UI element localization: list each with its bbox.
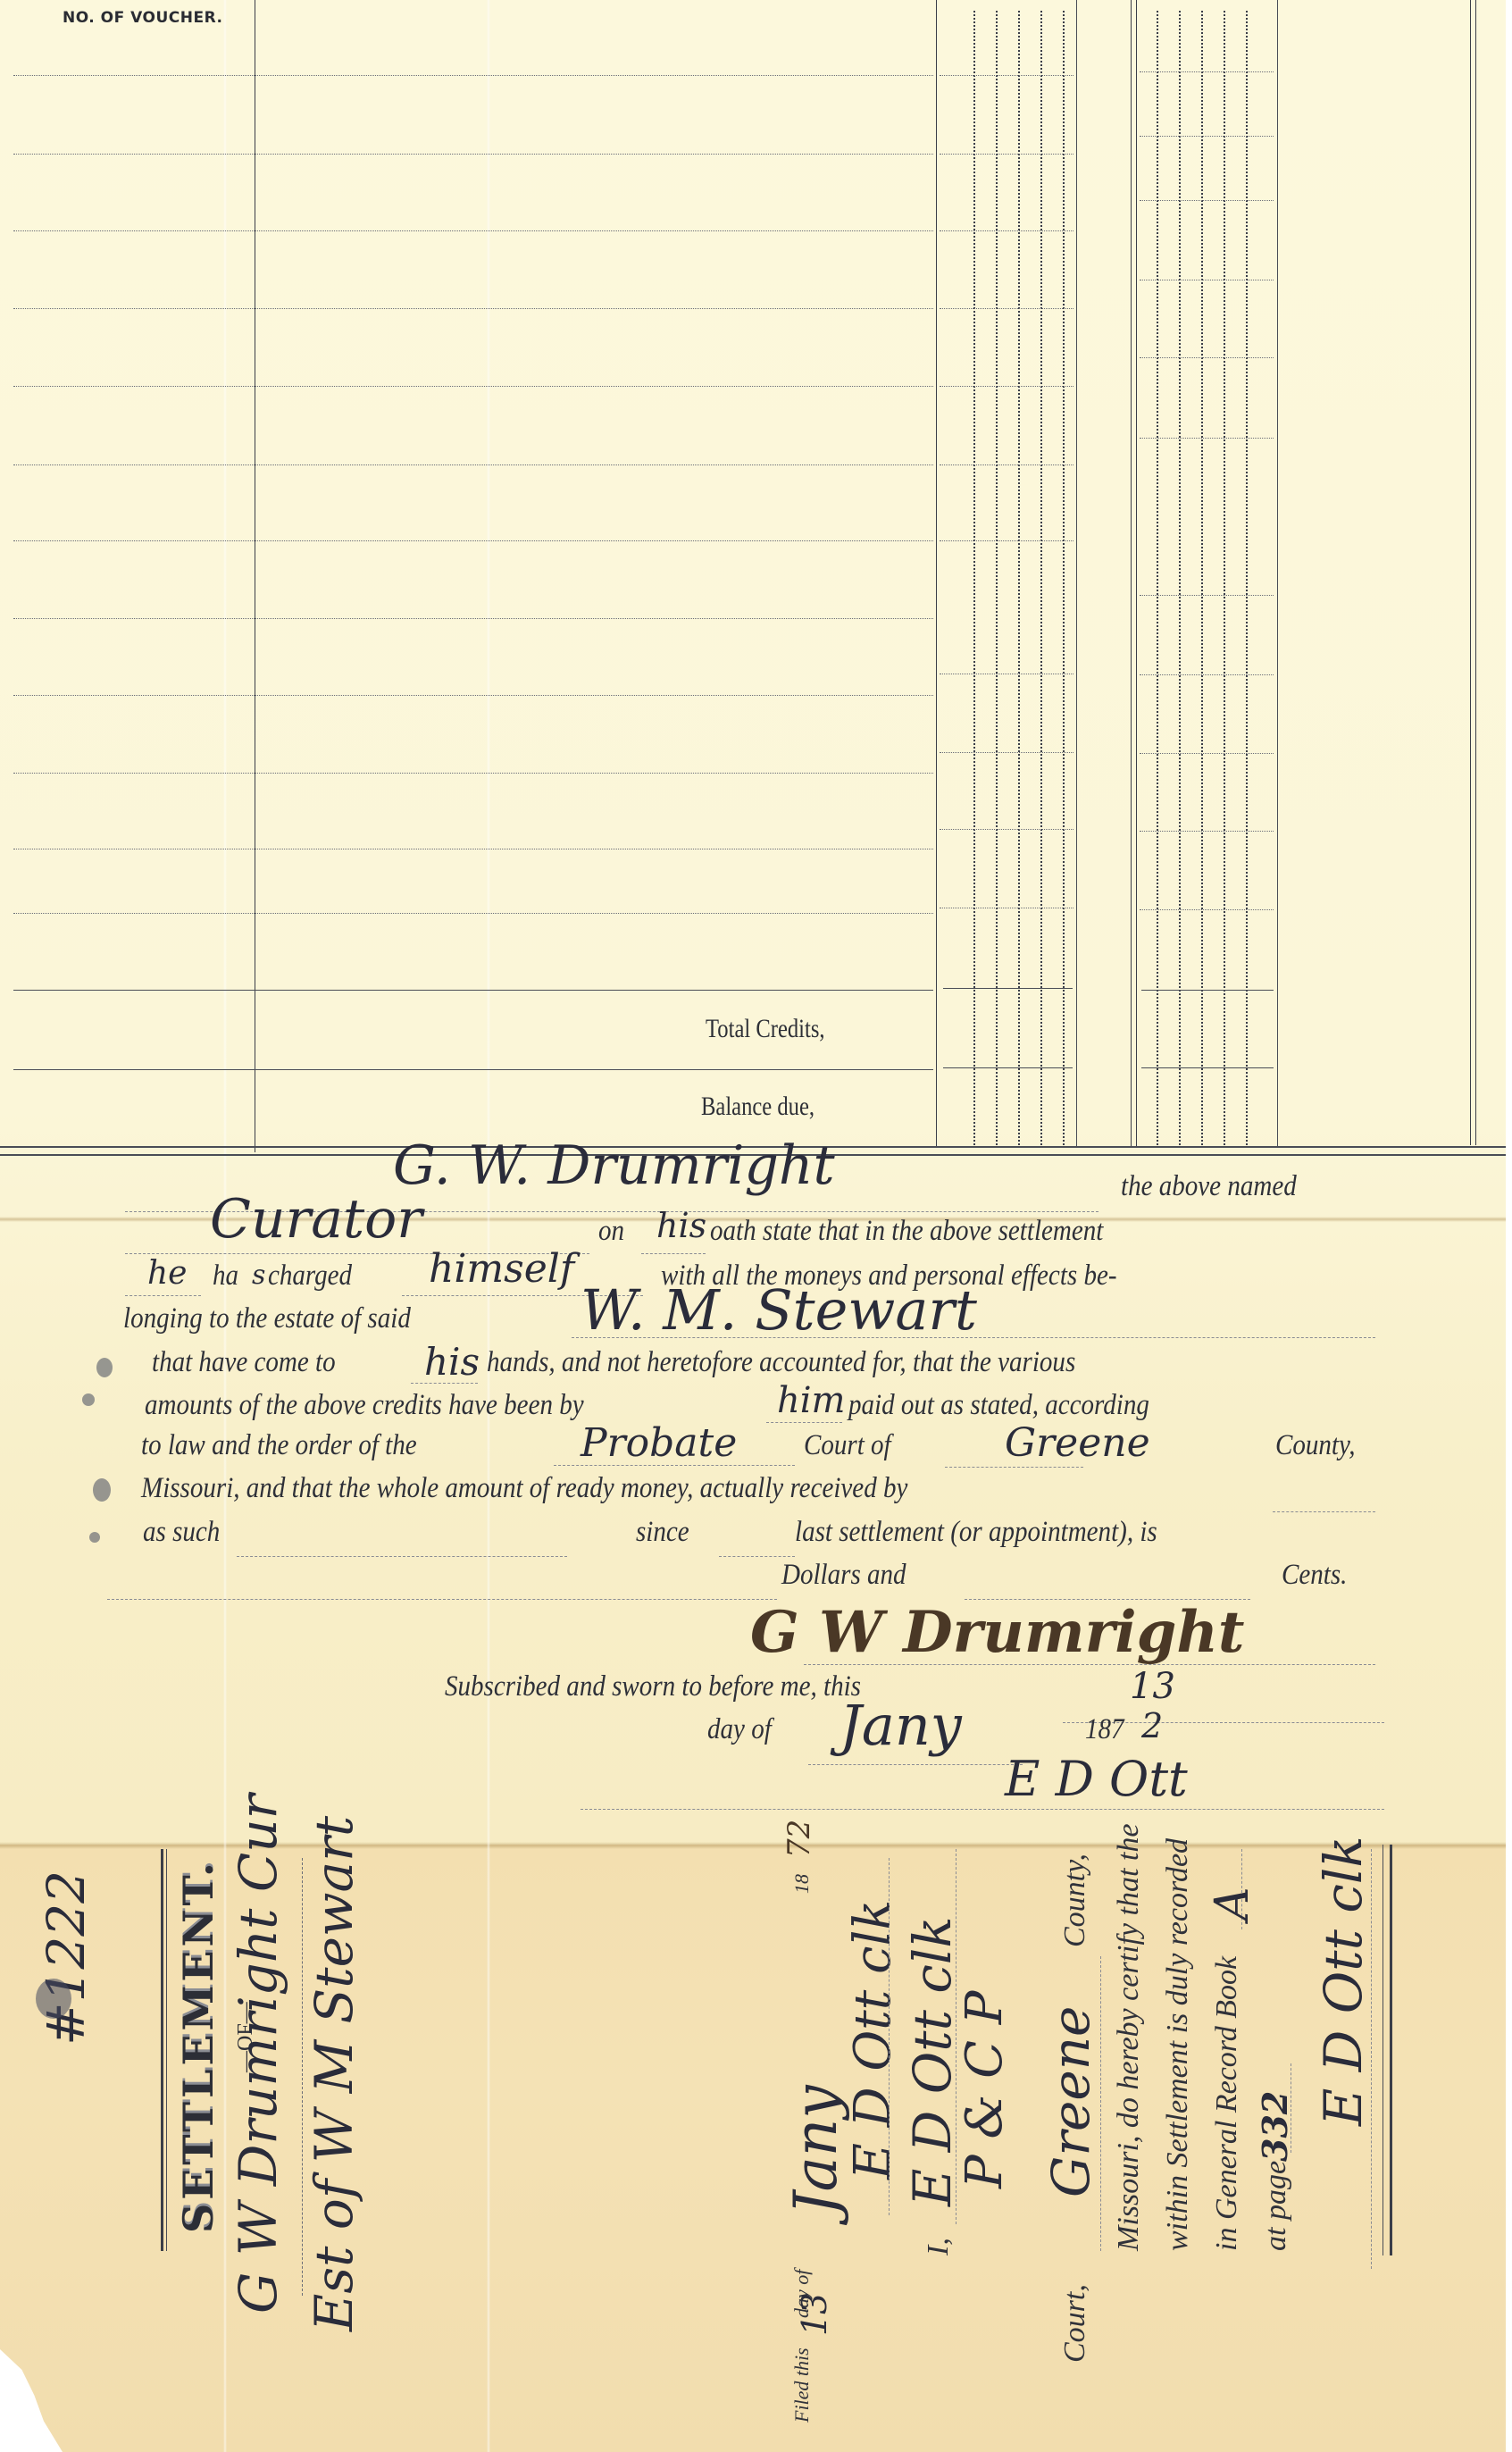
digit-guide — [973, 11, 975, 1145]
settlement-title: SETTLEMENT. — [174, 1859, 222, 2233]
digit-guide — [1157, 11, 1158, 1145]
table-row — [13, 308, 933, 309]
voucher-column-header: NO. OF VOUCHER. — [63, 9, 222, 27]
printed-text: Dollars and — [781, 1559, 906, 1592]
table-row — [13, 386, 933, 387]
ink-blot — [36, 1979, 71, 2019]
total-credits-label: Total Credits, — [706, 1014, 825, 1044]
table-row — [13, 618, 933, 619]
record-page: 332 — [1255, 2091, 1295, 2162]
pronoun-field[interactable] — [766, 1422, 842, 1423]
right-border — [1470, 0, 1471, 1145]
balance-line — [943, 1067, 1073, 1068]
printed-text: hands, and not heretofore accounted for,… — [487, 1346, 1075, 1379]
amount-row — [940, 674, 1073, 674]
printed-text: last settlement (or appointment), is — [795, 1516, 1157, 1549]
amount-row — [1140, 136, 1274, 137]
clerk-name: E D Ott clk — [902, 1917, 963, 2207]
ink-blot — [82, 1393, 95, 1406]
amount-row — [1140, 357, 1274, 358]
digit-guide — [1224, 11, 1225, 1145]
party-line-1: G W Drumright Cur — [228, 1795, 288, 2314]
printed-text: County, — [1275, 1429, 1356, 1462]
table-row — [13, 75, 933, 76]
amount-row — [1140, 753, 1274, 754]
handwritten-county: Greene — [1005, 1420, 1150, 1466]
filed-line — [889, 1858, 890, 2215]
ink-blot — [96, 1358, 113, 1377]
party-line-2: Est of W M Stewart — [304, 1816, 364, 2331]
amount-row — [1140, 280, 1274, 280]
amount-row — [1140, 595, 1274, 596]
printed-text: Filed this — [790, 2347, 814, 2423]
digit-guide — [996, 11, 998, 1145]
record-book: A — [1206, 1887, 1259, 1921]
party-field[interactable] — [302, 1858, 303, 2296]
title-rule — [166, 1849, 167, 2251]
table-row — [13, 540, 933, 541]
printed-text: 18 — [790, 1874, 814, 1894]
handwritten-name: G. W. Drumright — [393, 1134, 835, 1197]
amount-row — [940, 230, 1073, 231]
title-rule — [161, 1849, 163, 2251]
cover-rule — [1383, 1845, 1383, 2255]
amount-row — [940, 386, 1073, 387]
table-row — [13, 695, 933, 696]
balance-line — [1141, 1067, 1274, 1068]
jurat-month: Jany — [840, 1693, 962, 1758]
digit-guide — [1040, 11, 1042, 1145]
printed-text: on — [598, 1215, 624, 1248]
printed-text: ha — [213, 1259, 238, 1293]
clerk-title: P & C P — [956, 1991, 1014, 2188]
digit-guide — [1063, 11, 1065, 1145]
total-line — [943, 988, 1073, 989]
county-field[interactable] — [945, 1467, 1083, 1468]
printed-text: 187 — [1085, 1713, 1124, 1746]
cover-rule — [1390, 1845, 1392, 2255]
printed-text: that have come to — [152, 1346, 336, 1379]
column-divider — [1076, 0, 1077, 1148]
ink-blot — [93, 1478, 111, 1502]
handwritten-pronoun: him — [777, 1380, 845, 1421]
certificate-county: Greene — [1040, 2006, 1101, 2197]
jurat-day: 13 — [1130, 1666, 1175, 1707]
column-divider — [1136, 0, 1137, 1148]
amount-row — [940, 154, 1073, 155]
filed-year-digits: 72 — [781, 1820, 817, 1858]
printed-text: in General Record Book — [1210, 1956, 1244, 2251]
amount-row — [940, 75, 1073, 76]
column-divider — [1131, 0, 1132, 1148]
pronoun-field[interactable] — [641, 1253, 706, 1254]
pronoun-field[interactable] — [125, 1295, 201, 1296]
table-row — [13, 154, 933, 155]
column-divider — [936, 0, 937, 1148]
printed-text: Missouri, do hereby certify that the — [1112, 1824, 1146, 2251]
fold-crease — [487, 0, 490, 2452]
printed-text: charged — [268, 1259, 352, 1293]
printed-text: day of — [790, 2270, 814, 2318]
digit-guide — [1018, 11, 1020, 1145]
amount-row — [1140, 438, 1274, 439]
amount-row — [940, 908, 1073, 908]
table-row — [13, 230, 933, 231]
table-row — [13, 913, 933, 914]
amount-row — [940, 829, 1073, 830]
table-row — [13, 849, 933, 849]
printed-text: paid out as stated, according — [848, 1389, 1149, 1422]
printed-text: Court, — [1058, 2284, 1092, 2363]
printed-text: oath state that in the above settlement — [710, 1215, 1103, 1248]
ink-blot — [89, 1532, 100, 1543]
handwritten-s: s — [252, 1259, 265, 1291]
handwritten-role: Curator — [210, 1188, 422, 1251]
handwritten-self: himself — [429, 1246, 574, 1292]
printed-text: I, — [922, 2238, 956, 2255]
receiver-field[interactable] — [1273, 1511, 1375, 1512]
table-row — [13, 464, 933, 465]
officer-signature-line[interactable] — [581, 1809, 1384, 1810]
month-field[interactable] — [808, 1764, 1023, 1765]
printed-text: Court of — [804, 1429, 891, 1462]
filed-clerk-signature: E D Ott clk — [844, 1900, 902, 2180]
table-row — [13, 773, 933, 774]
column-divider — [1277, 0, 1278, 1148]
amount-row — [1140, 909, 1274, 910]
affiant-signature: G W Drumright — [750, 1599, 1244, 1666]
amount-row — [1140, 674, 1274, 675]
digit-guide — [1246, 11, 1248, 1145]
right-border — [1475, 0, 1476, 1145]
printed-text: Missouri, and that the whole amount of r… — [141, 1472, 907, 1505]
amount-row — [1140, 71, 1274, 72]
amount-row — [940, 464, 1073, 465]
amount-row — [940, 752, 1073, 753]
amount-row — [940, 308, 1073, 309]
handwritten-pronoun: his — [656, 1206, 706, 1245]
digit-guide — [1201, 11, 1203, 1145]
printed-text: Cents. — [1282, 1559, 1347, 1592]
handwritten-pronoun: his — [424, 1340, 480, 1384]
amount-row — [940, 540, 1073, 541]
handwritten-pronoun: he — [147, 1255, 188, 1292]
printed-text: day of — [707, 1713, 772, 1746]
amount-row — [1140, 200, 1274, 201]
handwritten-estate: W. M. Stewart — [581, 1277, 977, 1343]
printed-text: since — [636, 1516, 689, 1549]
printed-text: at page — [1259, 2161, 1293, 2251]
printed-text: Subscribed and sworn to before me, this — [445, 1670, 861, 1703]
printed-text: amounts of the above credits have been b… — [145, 1389, 584, 1422]
dollars-field[interactable] — [107, 1599, 777, 1600]
printed-text: to law and the order of the — [141, 1429, 417, 1462]
file-number: #1222 — [36, 1870, 96, 2046]
since-field[interactable] — [719, 1556, 795, 1557]
total-line — [13, 990, 933, 991]
balance-line — [13, 1069, 933, 1070]
total-line — [1141, 990, 1274, 991]
as-such-field[interactable] — [237, 1556, 567, 1557]
printed-text: within Settlement is duly recorded — [1161, 1838, 1195, 2251]
balance-due-label: Balance due, — [701, 1092, 814, 1122]
printed-text: longing to the estate of said — [123, 1302, 411, 1335]
filed-month: Jany — [781, 2085, 850, 2215]
handwritten-court: Probate — [581, 1420, 737, 1466]
officer-signature: E D Ott — [1005, 1751, 1188, 1807]
column-divider — [255, 0, 255, 1152]
jurat-year-digit: 2 — [1141, 1706, 1163, 1745]
amount-row — [1140, 831, 1274, 832]
certificate-signature: E D Ott clk — [1313, 1837, 1374, 2127]
printed-text: the above named — [1121, 1170, 1297, 1203]
digit-guide — [1179, 11, 1181, 1145]
printed-text: County, — [1058, 1854, 1092, 1947]
printed-text: as such — [143, 1516, 220, 1549]
